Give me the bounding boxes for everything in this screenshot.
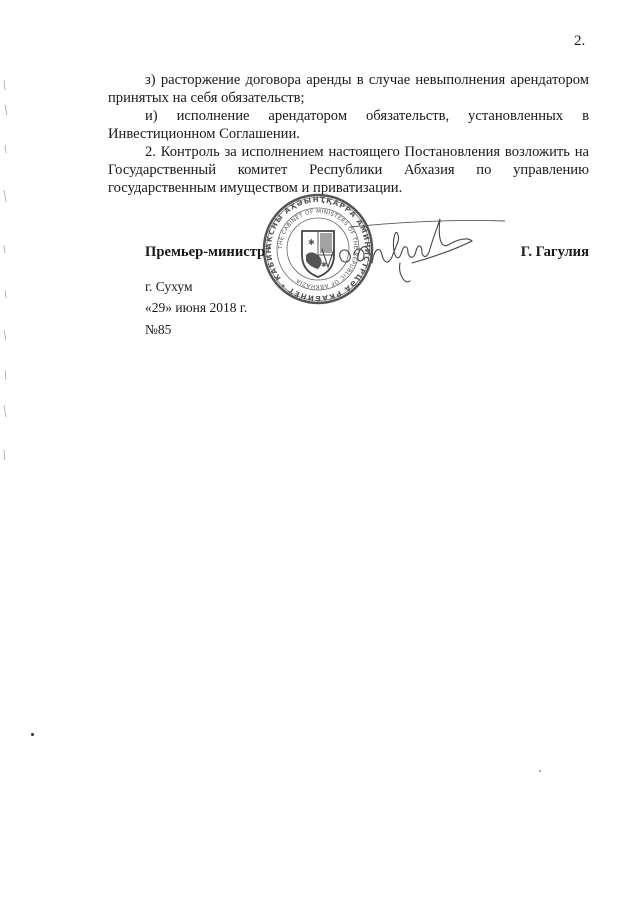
signature-row: Премьер-министр Г. Гагулия [145, 244, 589, 264]
paragraph-z: з) расторжение договора аренды в случае … [108, 71, 589, 107]
paragraph-i: и) исполнение арендатором обязательств, … [108, 107, 589, 143]
signatory-name: Г. Гагулия [521, 244, 589, 261]
document-number: №85 [145, 322, 171, 338]
page-number: 2. [574, 33, 585, 50]
document-date: «29» июня 2018 г. [145, 300, 247, 316]
scan-speck [31, 733, 34, 736]
document-city: г. Сухум [145, 279, 193, 295]
body-text: з) расторжение договора аренды в случае … [108, 71, 589, 197]
scan-margin-marks-icon [0, 60, 20, 480]
paragraph-2: 2. Контроль за исполнением настоящего По… [108, 143, 589, 197]
signatory-title: Премьер-министр [145, 244, 265, 261]
scan-speck [539, 770, 541, 772]
